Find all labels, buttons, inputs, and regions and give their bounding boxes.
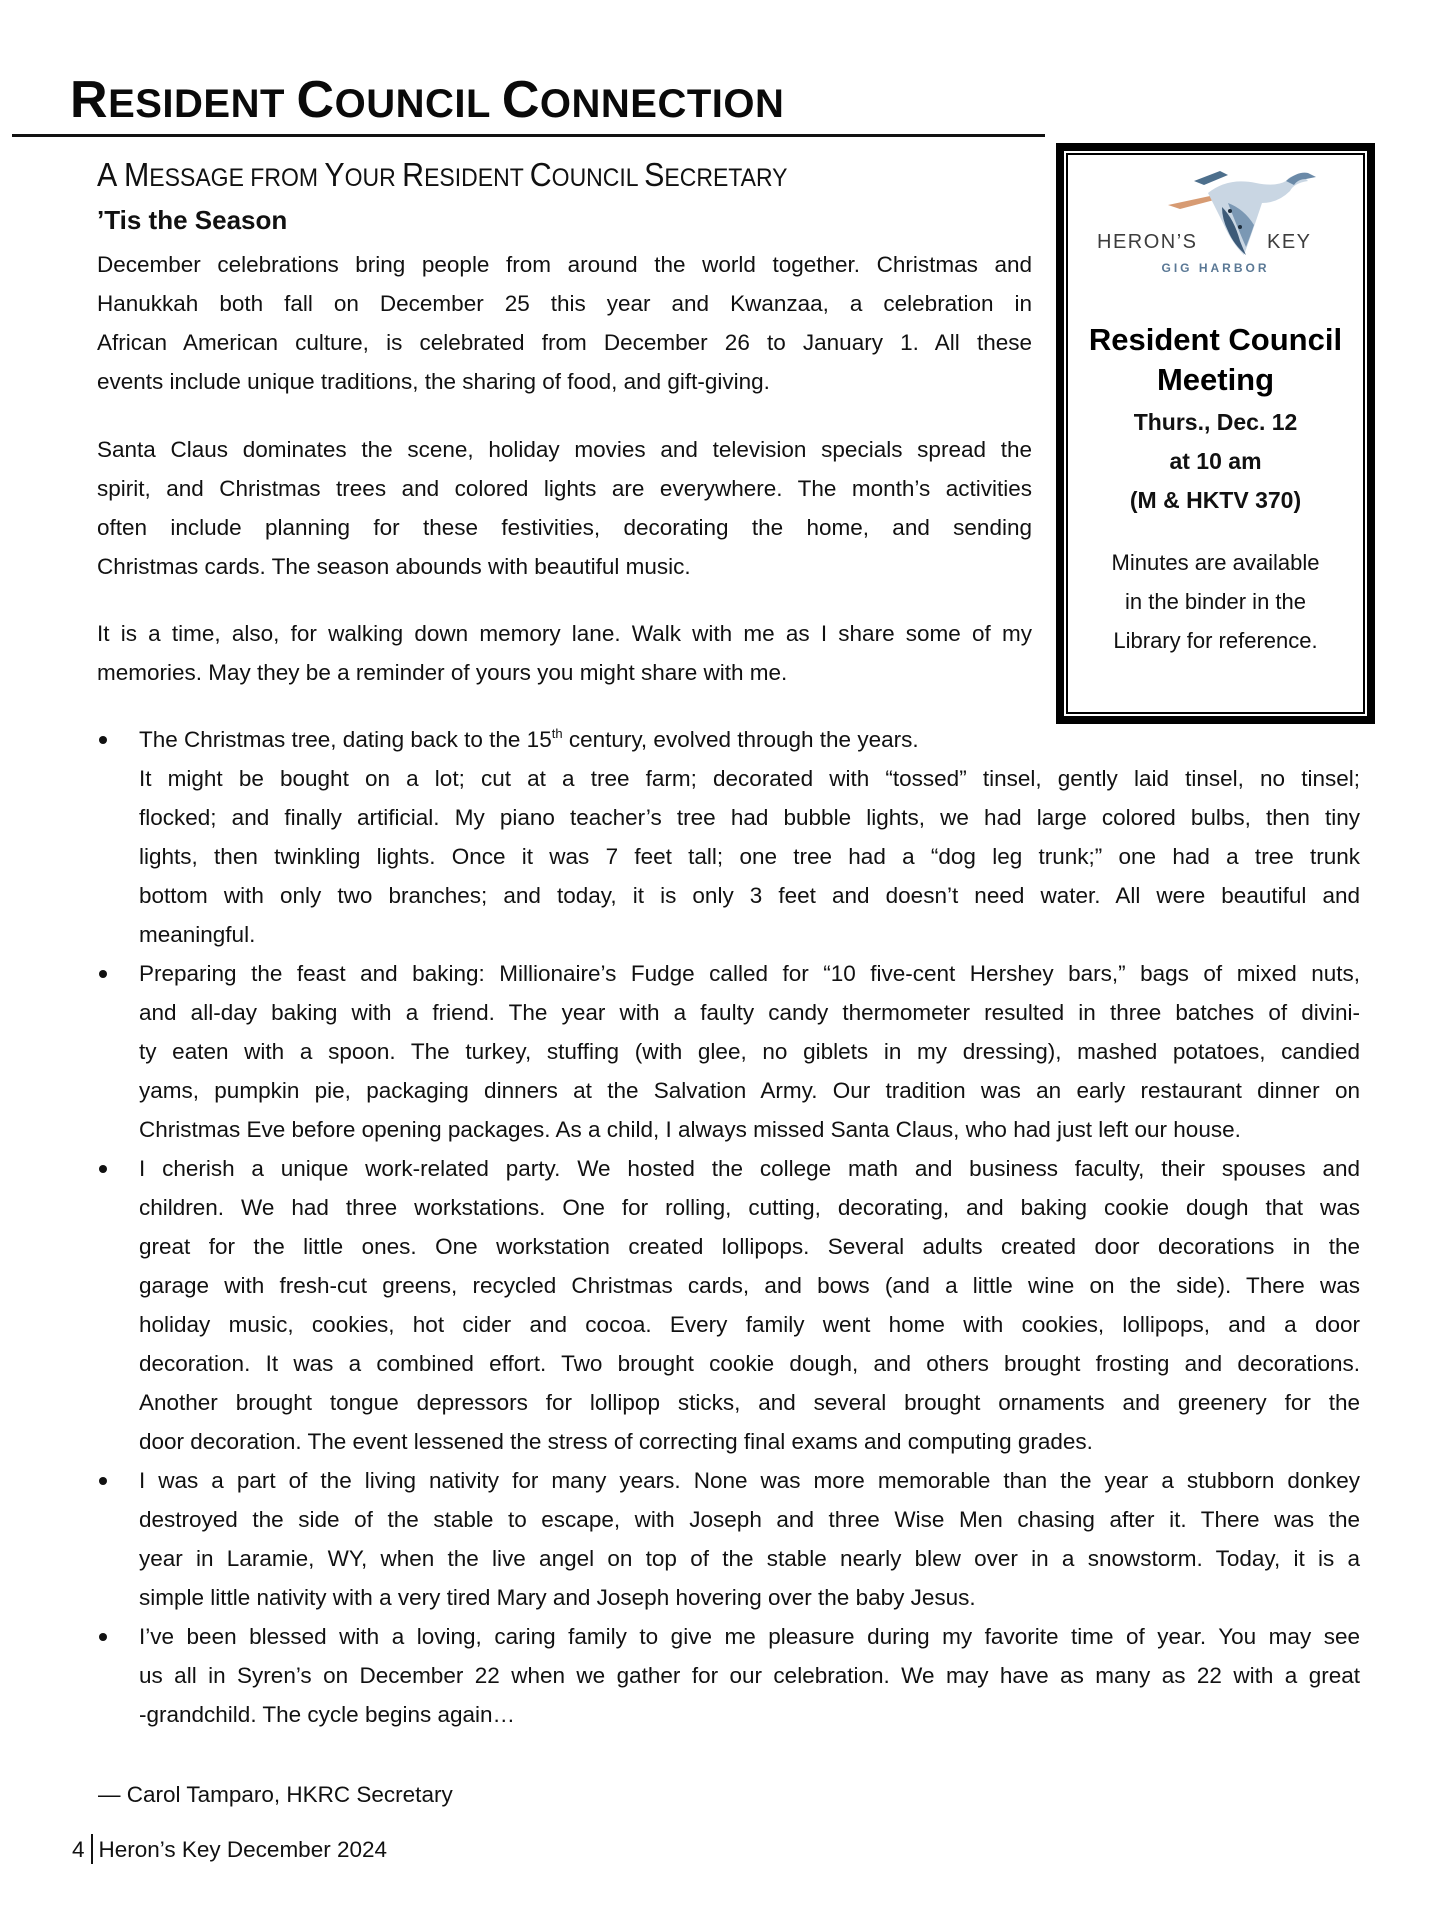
text-line: I’ve been blessed with a loving, caring …	[139, 1617, 1360, 1656]
text-line: It might be bought on a lot; cut at a tr…	[139, 759, 1360, 798]
text-line: The Christmas tree, dating back to the 1…	[139, 720, 1360, 759]
page-title: RESIDENT COUNCIL CONNECTION	[70, 72, 784, 132]
meeting-location: (M & HKTV 370)	[1068, 481, 1363, 520]
text-line: garage with fresh-cut greens, recycled C…	[139, 1266, 1360, 1305]
minutes-note-line-1: Minutes are available	[1068, 543, 1363, 582]
bullet-icon	[99, 970, 107, 978]
text-line: simple little nativity with a very tired…	[139, 1578, 1360, 1617]
text-line: It is a time, also, for walking down mem…	[97, 614, 1032, 653]
text-line: us all in Syren’s on December 22 when we…	[139, 1656, 1360, 1695]
title-divider	[12, 134, 1045, 137]
text-line: year in Laramie, WY, when the live angel…	[139, 1539, 1360, 1578]
title-fragment: OUR	[345, 164, 402, 192]
memory-bullet-item: The Christmas tree, dating back to the 1…	[97, 720, 1360, 954]
title-fragment: S	[644, 156, 664, 193]
title-fragment: C	[297, 71, 335, 129]
text-line: Hanukkah both fall on December 25 this y…	[97, 284, 1032, 323]
page-number: 4	[72, 1837, 85, 1862]
text-line: often include planning for these festivi…	[97, 508, 1032, 547]
meeting-details: Thurs., Dec. 12 at 10 am (M & HKTV 370)	[1068, 403, 1363, 520]
title-fragment: ESIDENT	[424, 164, 530, 192]
text-line: flocked; and finally artificial. My pian…	[139, 798, 1360, 837]
title-fragment: ONNECTION	[540, 82, 785, 126]
title-fragment: ECRETARY	[664, 164, 787, 192]
text-line: decoration. It was a combined effort. Tw…	[139, 1344, 1360, 1383]
minutes-note: Minutes are available in the binder in t…	[1068, 543, 1363, 660]
publication-name: Heron’s Key December 2024	[99, 1837, 388, 1862]
article-subheading: ’Tis the Season	[97, 204, 287, 236]
meeting-date: Thurs., Dec. 12	[1068, 403, 1363, 442]
text-line: holiday music, cookies, hot cider and co…	[139, 1305, 1360, 1344]
bullet-icon	[99, 1633, 107, 1641]
text-line: December celebrations bring people from …	[97, 245, 1032, 284]
text-line: African American culture, is celebrated …	[97, 323, 1032, 362]
meeting-time: at 10 am	[1068, 442, 1363, 481]
meeting-title-line-1: Resident Council	[1068, 320, 1363, 360]
text-line: -grandchild. The cycle begins again…	[139, 1695, 1360, 1734]
text-line: ty eaten with a spoon. The turkey, stuff…	[139, 1032, 1360, 1071]
meeting-title-line-2: Meeting	[1068, 360, 1363, 400]
title-fragment: OUNCIL	[335, 82, 502, 126]
text-line: memories. May they be a reminder of your…	[97, 653, 1032, 692]
text-line: and all-day baking with a friend. The ye…	[139, 993, 1360, 1032]
text-line: events include unique traditions, the sh…	[97, 362, 1032, 401]
memory-bullet-item: I cherish a unique work-related party. W…	[97, 1149, 1360, 1461]
text-line: Another brought tongue depressors for lo…	[139, 1383, 1360, 1422]
text-line: lights, then twinkling lights. Once it w…	[139, 837, 1360, 876]
paragraph: It is a time, also, for walking down mem…	[97, 614, 1032, 692]
logo-word-key: KEY	[1267, 231, 1312, 254]
logo-subtitle: GIG HARBOR	[1068, 261, 1363, 275]
text-line: door decoration. The event lessened the …	[139, 1422, 1360, 1461]
paragraph: Santa Claus dominates the scene, holiday…	[97, 430, 1032, 586]
title-fragment: ESSAGE FROM	[149, 164, 324, 192]
page-footer: 4Heron’s Key December 2024	[72, 1833, 387, 1867]
bullet-icon	[99, 1165, 107, 1173]
text-line: spirit, and Christmas trees and colored …	[97, 469, 1032, 508]
title-fragment: A	[97, 156, 124, 193]
paragraph: December celebrations bring people from …	[97, 245, 1032, 401]
text-line: Santa Claus dominates the scene, holiday…	[97, 430, 1032, 469]
bullet-icon	[99, 1477, 107, 1485]
memory-bullet-item: Preparing the feast and baking: Milliona…	[97, 954, 1360, 1149]
title-fragment: M	[124, 156, 149, 193]
memory-bullet-item: I was a part of the living nativity for …	[97, 1461, 1360, 1617]
text-line: yams, pumpkin pie, packaging dinners at …	[139, 1071, 1360, 1110]
text-line: Christmas Eve before opening packages. A…	[139, 1110, 1360, 1149]
signature: — Carol Tamparo, HKRC Secretary	[98, 1778, 453, 1812]
memories-list: The Christmas tree, dating back to the 1…	[97, 720, 1360, 1734]
title-fragment: OUNCIL	[552, 164, 644, 192]
bullet-icon	[99, 736, 107, 744]
text-line: destroyed the side of the stable to esca…	[139, 1500, 1360, 1539]
text-line: Christmas cards. The season abounds with…	[97, 547, 1032, 586]
text-line: I cherish a unique work-related party. W…	[139, 1149, 1360, 1188]
memory-bullet-item: I’ve been blessed with a loving, caring …	[97, 1617, 1360, 1734]
title-fragment: ESIDENT	[108, 82, 296, 126]
title-fragment: R	[402, 156, 424, 193]
title-fragment: R	[70, 71, 108, 129]
text-line: Preparing the feast and baking: Milliona…	[139, 954, 1360, 993]
text-line: children. We had three workstations. One…	[139, 1188, 1360, 1227]
footer-separator	[91, 1834, 93, 1864]
title-fragment: Y	[324, 156, 344, 193]
text-line: I was a part of the living nativity for …	[139, 1461, 1360, 1500]
minutes-note-line-2: in the binder in the	[1068, 582, 1363, 621]
text-line: meaningful.	[139, 915, 1360, 954]
title-fragment: C	[530, 156, 552, 193]
logo-word-herons: HERON’S	[1097, 231, 1198, 254]
meeting-info-box: HERON’S KEY GIG HARBOR Resident Council …	[1056, 143, 1375, 724]
ordinal-suffix: th	[552, 726, 563, 741]
meeting-title: Resident Council Meeting	[1068, 320, 1363, 400]
minutes-note-line-3: Library for reference.	[1068, 621, 1363, 660]
section-heading: A MESSAGE FROM YOUR RESIDENT COUNCIL SEC…	[97, 156, 788, 197]
text-line: great for the little ones. One workstati…	[139, 1227, 1360, 1266]
title-fragment: C	[502, 71, 540, 129]
text-line: bottom with only two branches; and today…	[139, 876, 1360, 915]
herons-key-logo: HERON’S KEY GIG HARBOR	[1068, 163, 1363, 273]
box-inner-frame: HERON’S KEY GIG HARBOR Resident Council …	[1066, 153, 1365, 714]
